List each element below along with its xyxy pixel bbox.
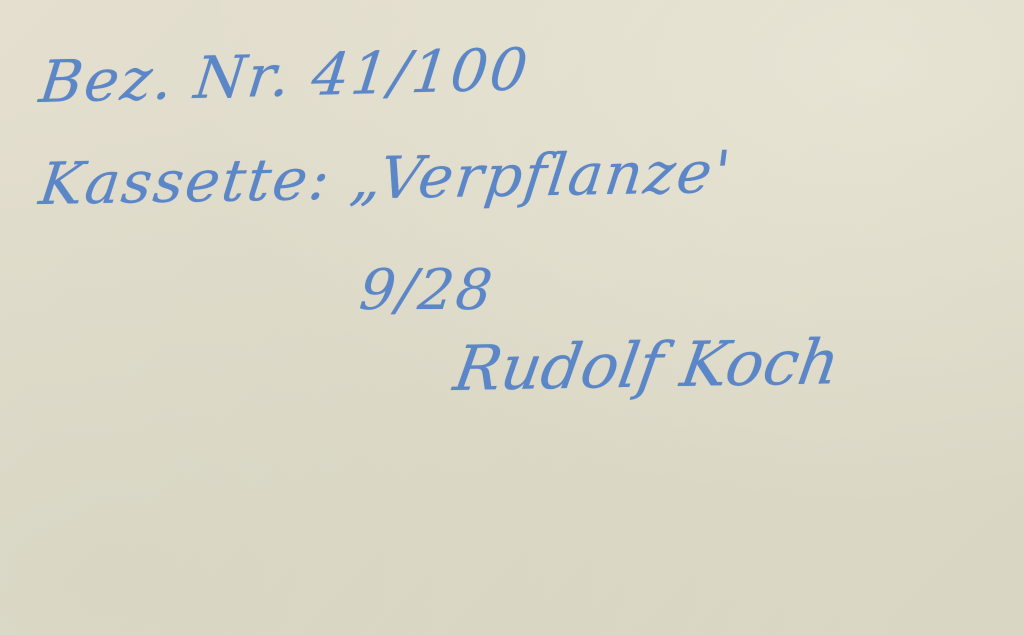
signature: Rudolf Koch <box>449 325 844 405</box>
date-line: 9/28 <box>357 258 498 323</box>
edition-number-line: Bez. Nr. 41/100 <box>36 35 533 116</box>
cassette-title-line: Kassette: „Verpflanze' <box>36 138 736 218</box>
